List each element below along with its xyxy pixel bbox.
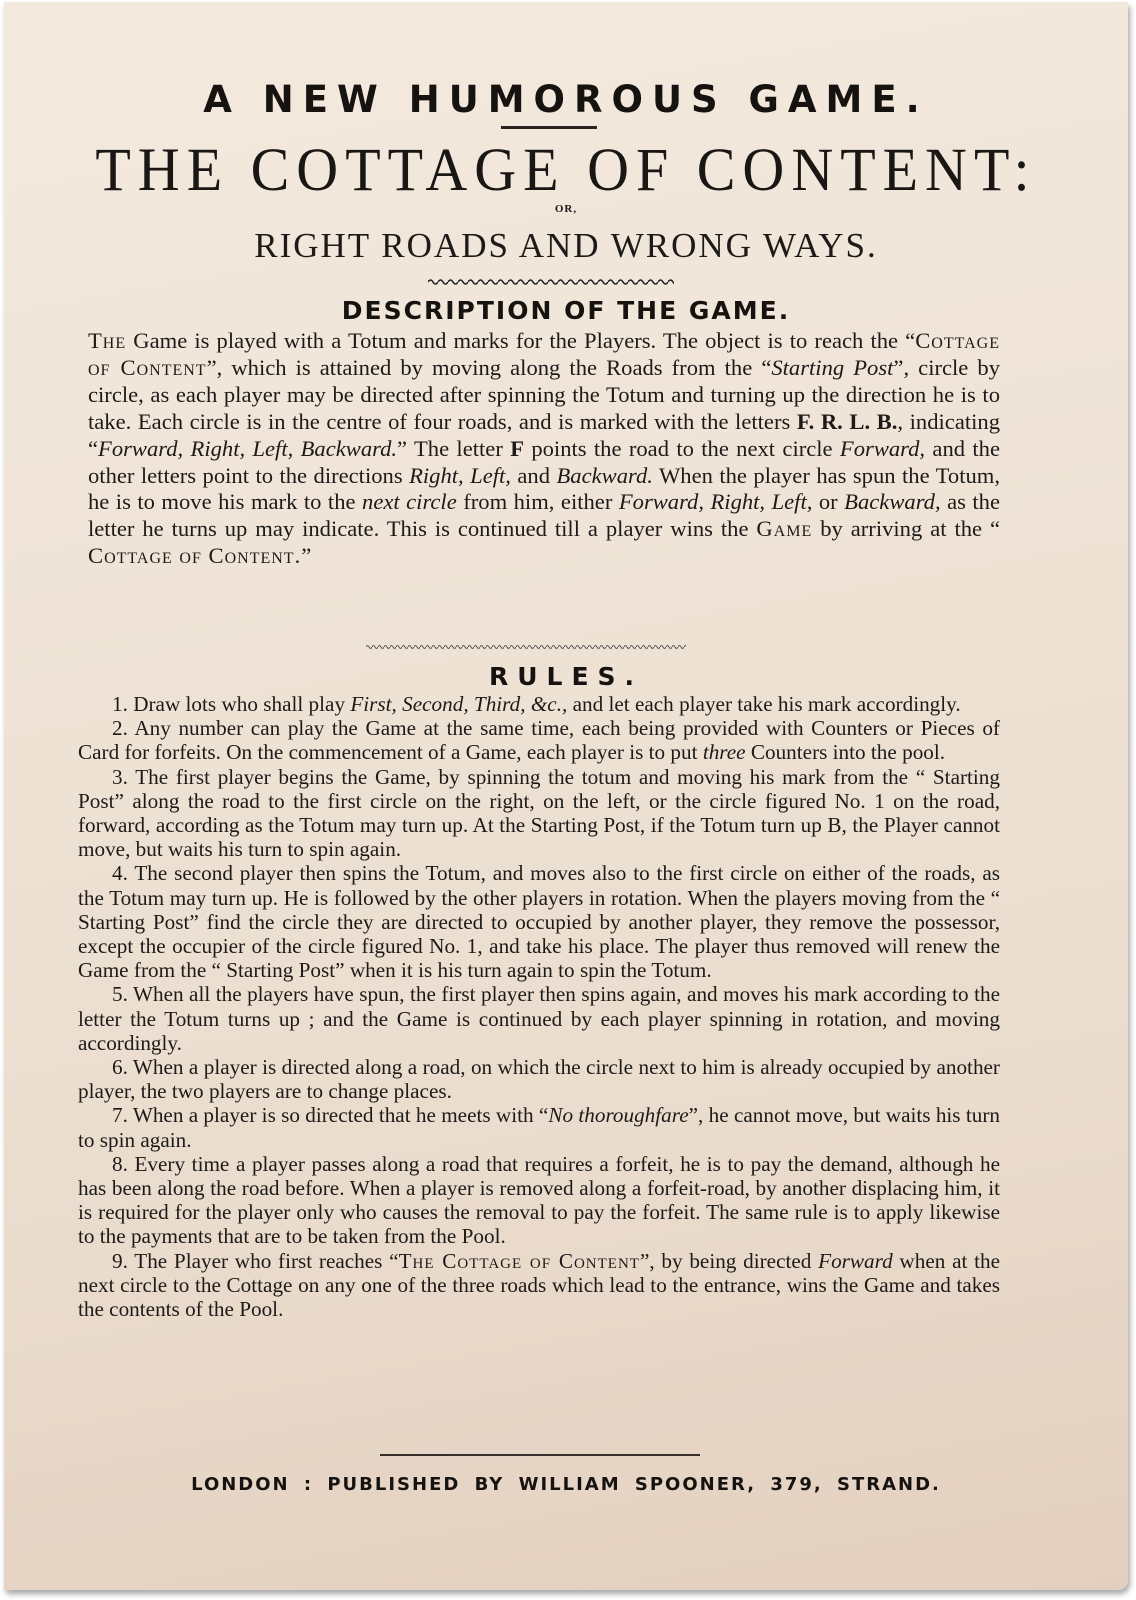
text-run: Backward, — [844, 489, 940, 514]
text-run: Counters into the pool. — [746, 740, 946, 764]
text-run: ” The letter — [397, 436, 510, 461]
rule-7: 7. When a player is so directed that he … — [78, 1103, 1000, 1151]
rule-1: 1. Draw lots who shall play First, Secon… — [78, 692, 1000, 716]
text-run: F. R. L. B. — [797, 409, 898, 434]
rule-4: 4. The second player then spins the Totu… — [78, 861, 1000, 982]
text-run: Game is played with a Totum and marks fo… — [126, 328, 915, 353]
rule-9: 9. The Player who first reaches “The Cot… — [78, 1249, 1000, 1322]
rule-8: 8. Every time a player passes along a ro… — [78, 1152, 1000, 1249]
text-run: ”, which is attained by moving along the… — [207, 355, 772, 380]
wavy-divider — [428, 278, 674, 286]
short-rule-divider — [501, 126, 597, 129]
text-run: by arriving at the “ — [812, 516, 1000, 541]
title-or: OR, — [4, 203, 1128, 215]
publisher-imprint: LONDON : PUBLISHED BY WILLIAM SPOONER, 3… — [4, 1474, 1128, 1495]
text-run: from him, either — [457, 489, 619, 514]
text-run: three — [703, 740, 746, 764]
rule-5: 5. When all the players have spun, the f… — [78, 982, 1000, 1055]
wavy-divider — [366, 644, 686, 650]
text-run: Forward — [818, 1249, 893, 1273]
rules-heading: RULES. — [4, 662, 1128, 691]
text-run: ” — [301, 543, 311, 568]
description-heading: DESCRIPTION OF THE GAME. — [4, 296, 1128, 325]
text-run: Game — [756, 516, 812, 541]
text-run: No thoroughfare — [548, 1103, 688, 1127]
text-run: Starting Post — [771, 355, 893, 380]
text-run: and — [511, 463, 557, 488]
rules-list: 1. Draw lots who shall play First, Secon… — [78, 692, 1000, 1321]
main-title: THE COTTAGE OF CONTENT: — [4, 134, 1128, 204]
text-run: Backward. — [556, 463, 652, 488]
kicker-heading: A NEW HUMOROUS GAME. — [4, 78, 1128, 121]
subtitle: RIGHT ROADS AND WRONG WAYS. — [4, 226, 1128, 266]
text-run: 9. The Player who first reaches “ — [112, 1249, 399, 1273]
rule-3: 3. The first player begins the Game, by … — [78, 765, 1000, 862]
text-run: F — [510, 436, 524, 461]
rule-2: 2. Any number can play the Game at the s… — [78, 716, 1000, 764]
text-run: or — [812, 489, 844, 514]
text-run: ”, by being directed — [640, 1249, 818, 1273]
document-page: A NEW HUMOROUS GAME. THE COTTAGE OF CONT… — [4, 2, 1128, 1590]
footer-rule-divider — [380, 1454, 700, 1456]
text-run: Forward, Right, Left, — [619, 489, 813, 514]
text-run: The — [88, 328, 126, 353]
rule-6: 6. When a player is directed along a roa… — [78, 1055, 1000, 1103]
text-run: First, Second, Third, &c., — [350, 692, 567, 716]
text-run: Cottage of Content. — [88, 543, 301, 568]
description-paragraph: The Game is played with a Totum and mark… — [88, 328, 1000, 570]
text-run: The Cottage of Content — [399, 1249, 640, 1273]
text-run: Right, Left, — [409, 463, 511, 488]
text-run: 7. When a player is so directed that he … — [112, 1103, 548, 1127]
text-run: Forward, Right, Left, Backward. — [98, 436, 397, 461]
text-run: Forward, — [840, 436, 925, 461]
text-run: 1. Draw lots who shall play — [112, 692, 350, 716]
text-run: points the road to the next circle — [524, 436, 840, 461]
text-run: next circle — [362, 489, 457, 514]
text-run: and let each player take his mark accord… — [567, 692, 960, 716]
